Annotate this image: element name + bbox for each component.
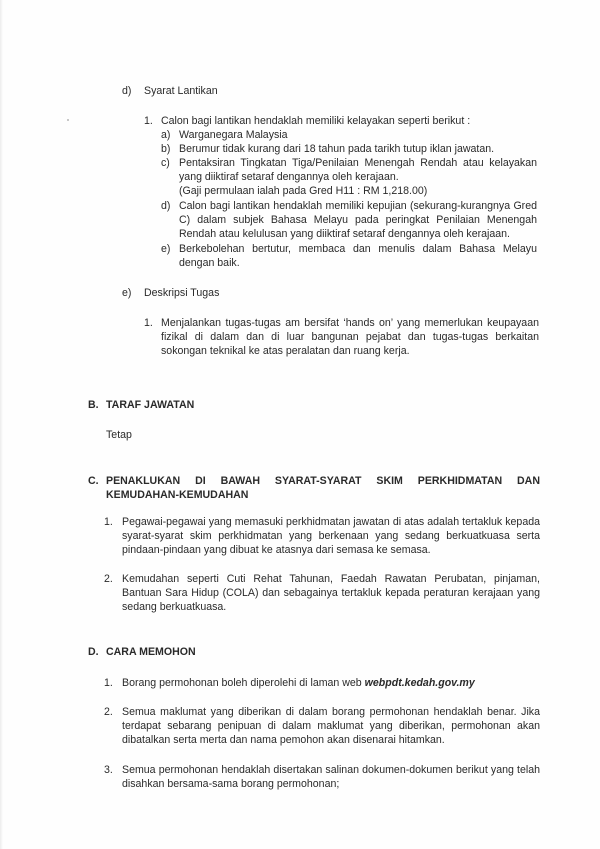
subsection-d-title: Syarat Lantikan	[144, 84, 218, 98]
req-c-salary-note: (Gaji permulaan ialah pada Gred H11 : RM…	[179, 184, 537, 198]
apply-1-label: Borang permohonan boleh diperolehi di la…	[122, 677, 365, 689]
section-d-title: CARA MEMOHON	[106, 645, 196, 659]
duty-1-marker: 1.	[144, 316, 153, 330]
req-b-marker: b)	[161, 142, 170, 156]
section-d-marker: D.	[88, 645, 99, 659]
subsection-e-title: Deskripsi Tugas	[144, 286, 219, 300]
req-a-text: Warganegara Malaysia	[179, 128, 537, 142]
subsection-e-marker: e)	[122, 286, 131, 300]
section-c-title: PENAKLUKAN DI BAWAH SYARAT-SYARAT SKIM P…	[106, 474, 540, 502]
req-b-text: Berumur tidak kurang dari 18 tahun pada …	[179, 142, 541, 156]
apply-2-marker: 2.	[104, 705, 113, 719]
document-page: d) Syarat Lantikan 1. Calon bagi lantika…	[0, 0, 600, 849]
apply-3-text: Semua permohonan hendaklah disertakan sa…	[122, 763, 540, 791]
scan-speck	[67, 119, 69, 121]
condition-1-marker: 1.	[104, 515, 113, 529]
req-a-marker: a)	[161, 128, 170, 142]
subsection-d-marker: d)	[122, 84, 131, 98]
section-b-body: Tetap	[106, 428, 132, 442]
req-d-marker: d)	[161, 199, 170, 213]
requirement-1-marker: 1.	[144, 114, 153, 128]
apply-3-marker: 3.	[104, 763, 113, 777]
apply-1-marker: 1.	[104, 676, 113, 690]
apply-2-text: Semua maklumat yang diberikan di dalam b…	[122, 705, 540, 748]
scan-edge-shadow	[0, 0, 3, 849]
req-e-text: Berkebolehan bertutur, membaca dan menul…	[179, 242, 537, 270]
req-c-marker: c)	[161, 156, 170, 170]
section-c-marker: C.	[88, 474, 99, 488]
section-b-marker: B.	[88, 398, 99, 412]
application-website-link[interactable]: webpdt.kedah.gov.my	[365, 677, 475, 689]
req-d-text: Calon bagi lantikan hendaklah memiliki k…	[179, 199, 537, 242]
req-e-marker: e)	[161, 242, 170, 256]
section-b-title: TARAF JAWATAN	[106, 398, 194, 412]
duty-1-text: Menjalankan tugas-tugas am bersifat ‘han…	[161, 316, 539, 359]
apply-1-text: Borang permohonan boleh diperolehi di la…	[122, 676, 542, 690]
requirement-1-text: Calon bagi lantikan hendaklah memiliki k…	[161, 114, 541, 128]
condition-1-text: Pegawai-pegawai yang memasuki perkhidmat…	[122, 515, 540, 558]
condition-2-text: Kemudahan seperti Cuti Rehat Tahunan, Fa…	[122, 572, 540, 615]
condition-2-marker: 2.	[104, 572, 113, 586]
req-c-text: Pentaksiran Tingkatan Tiga/Penilaian Men…	[179, 156, 537, 184]
